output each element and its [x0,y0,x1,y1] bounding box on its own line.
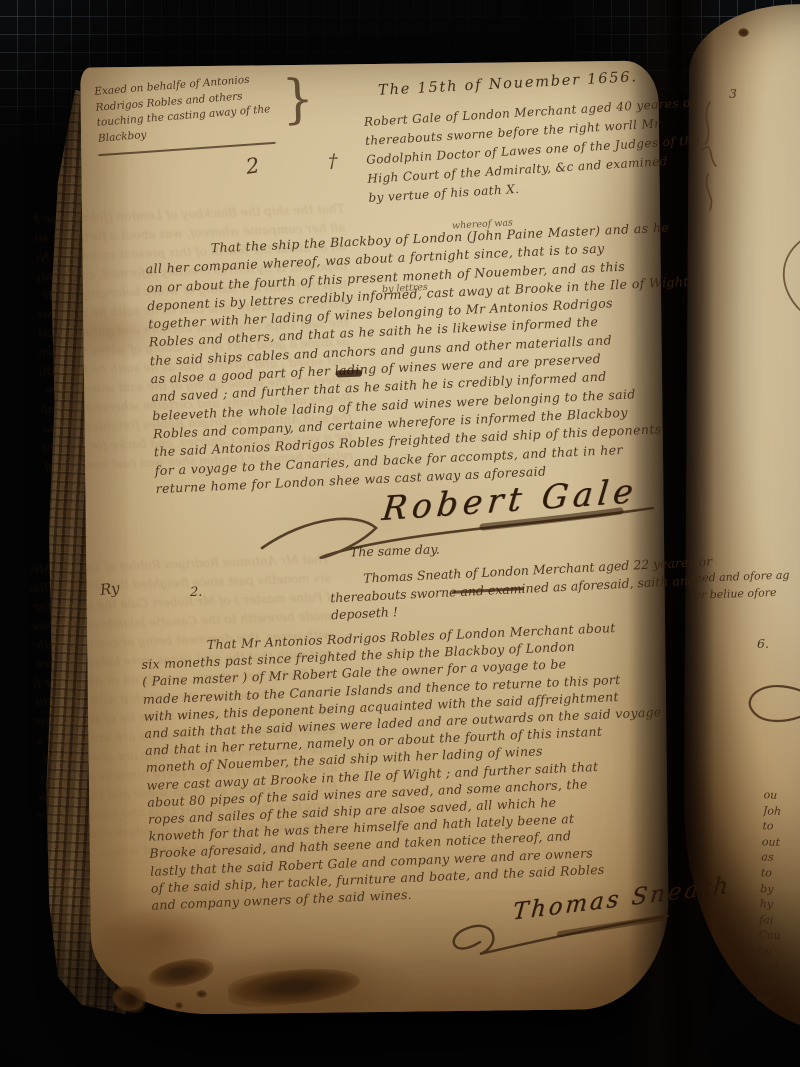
pen-flourish [738,680,800,740]
same-day-label: The same day. [350,541,440,559]
date-heading: The 15th of Nouember 1656. [378,69,638,99]
manuscript-photograph: That the ship the Blackboy of London (Jo… [0,0,800,1067]
margin-note-brace: } [281,68,315,130]
manuscript-line: had [757,974,800,991]
facing-page-text-fragment: rned and ofore agfor beliue ofore [689,566,800,604]
manuscript-line: bu [758,943,800,960]
ink-stain [147,956,216,991]
margin-mark: Ry [99,579,120,599]
margin-note: Exaed on behalfe of AntoniosRodrigos Rob… [94,71,272,146]
manuscript-line: Cau [758,928,800,945]
deposition1-preamble: Robert Gale of London Merchant aged 40 y… [363,93,702,208]
ink-stain [196,990,207,998]
manuscript-line: to [761,865,800,882]
manuscript-line: out [762,834,800,851]
pen-stroke [774,238,800,318]
figure-number: 2 [244,153,261,179]
section-number: 6. [757,636,769,651]
pen-trial-marks [694,96,734,216]
cross-mark-icon: † [328,150,338,172]
manuscript-line: fai [759,912,800,929]
manuscript-line: ou [763,787,800,804]
manuscript-line: as [761,850,800,867]
ink-layer: That the ship the Blackboy of London (Jo… [0,0,800,1067]
manuscript-line: to [762,818,800,835]
ink-stain [227,964,361,1009]
manuscript-line: by [760,881,800,898]
deposition1-body: That the ship the Blackboy of London (Jo… [144,218,697,498]
manuscript-line: and [757,959,800,976]
struck-out-word [336,370,362,378]
manuscript-line: for beliue ofore [690,583,800,604]
ink-stain [175,1002,183,1009]
signature-flourish [440,898,680,968]
manuscript-line: Joh [763,803,800,820]
manuscript-line: our [756,990,800,1007]
deponent-number: 2. [190,585,202,600]
manuscript-line: hy [759,896,800,913]
ink-stain [110,983,148,1015]
deposition2-body: That Mr Antonios Rodrigos Robles of Lond… [140,617,669,914]
facing-page-line-starts: ouJohtooutastobyhyfaiCaubuandhadour [756,787,800,1007]
ink-stain [738,28,749,37]
